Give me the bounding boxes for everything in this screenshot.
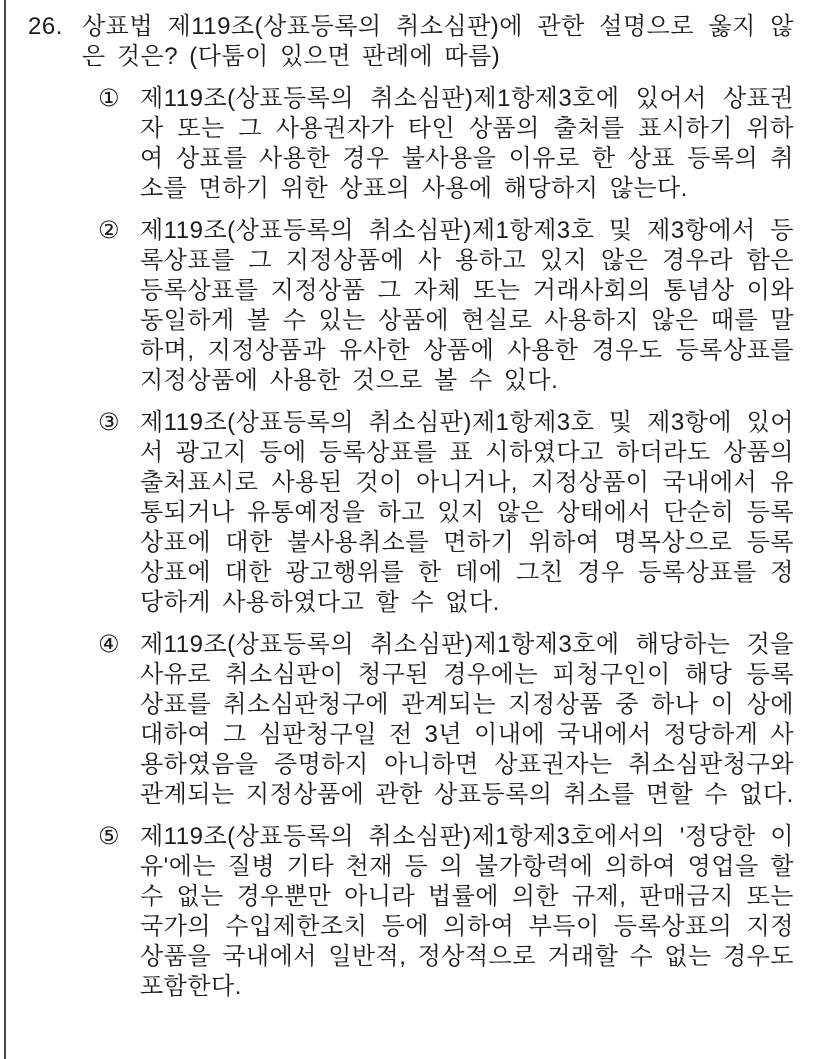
option-2: ② 제119조(상표등록의 취소심판)제1항제3호 및 제3항에서 등록상표를 …: [98, 216, 794, 396]
question-text: 상표법 제119조(상표등록의 취소심판)에 관한 설명으로 옳지 않은 것은?…: [82, 12, 794, 72]
option-2-text: 제119조(상표등록의 취소심판)제1항제3호 및 제3항에서 등록상표를 그 …: [140, 216, 794, 396]
exam-page: 26. 상표법 제119조(상표등록의 취소심판)에 관한 설명으로 옳지 않은…: [0, 0, 826, 1059]
option-1-text: 제119조(상표등록의 취소심판)제1항제3호에 있어서 상표권자 또는 그 사…: [140, 84, 794, 204]
column-divider-rule: [4, 0, 6, 1059]
option-5-marker: ⑤: [98, 822, 140, 852]
option-4-text: 제119조(상표등록의 취소심판)제1항제3호에 해당하는 것을 사유로 취소심…: [140, 630, 794, 810]
option-4-marker: ④: [98, 630, 140, 660]
option-2-marker: ②: [98, 216, 140, 246]
option-3-marker: ③: [98, 408, 140, 438]
option-3-text: 제119조(상표등록의 취소심판)제1항제3호 및 제3항에 있어서 광고지 등…: [140, 408, 794, 618]
option-3: ③ 제119조(상표등록의 취소심판)제1항제3호 및 제3항에 있어서 광고지…: [98, 408, 794, 618]
option-1-marker: ①: [98, 84, 140, 114]
option-5: ⑤ 제119조(상표등록의 취소심판)제1항제3호에서의 '정당한 이유'에는 …: [98, 822, 794, 1002]
question-block: 26. 상표법 제119조(상표등록의 취소심판)에 관한 설명으로 옳지 않은…: [28, 12, 794, 1002]
option-5-text: 제119조(상표등록의 취소심판)제1항제3호에서의 '정당한 이유'에는 질병…: [140, 822, 794, 1002]
option-4: ④ 제119조(상표등록의 취소심판)제1항제3호에 해당하는 것을 사유로 취…: [98, 630, 794, 810]
option-1: ① 제119조(상표등록의 취소심판)제1항제3호에 있어서 상표권자 또는 그…: [98, 84, 794, 204]
options-list: ① 제119조(상표등록의 취소심판)제1항제3호에 있어서 상표권자 또는 그…: [28, 84, 794, 1002]
question-number: 26.: [28, 12, 82, 42]
question-header: 26. 상표법 제119조(상표등록의 취소심판)에 관한 설명으로 옳지 않은…: [28, 12, 794, 72]
